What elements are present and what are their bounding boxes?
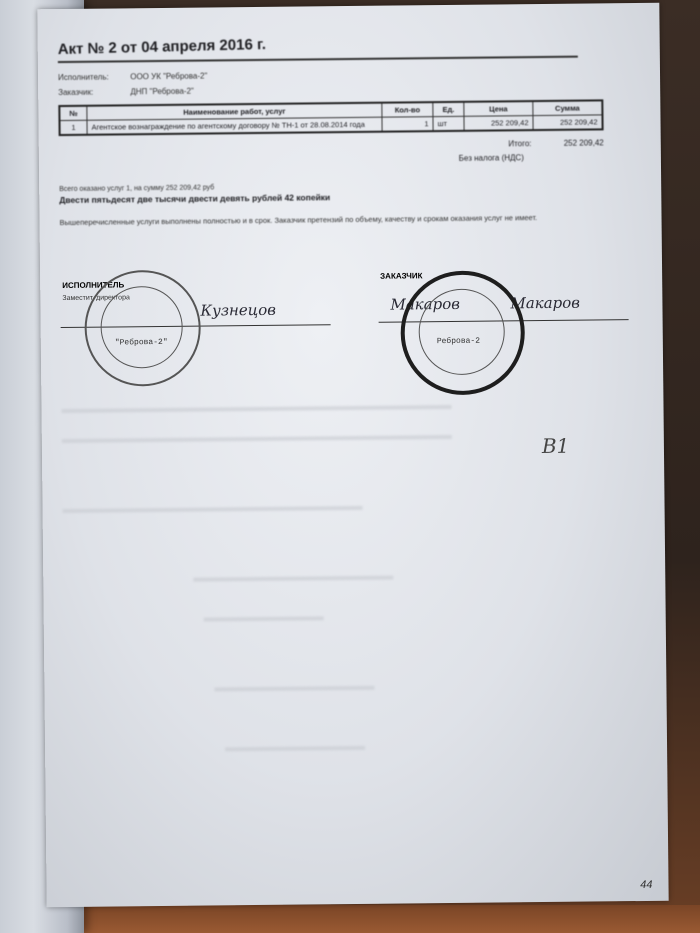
customer-stamp: Реброва-2: [400, 270, 525, 395]
show-through-line: [214, 686, 374, 692]
col-qty: Кол-во: [382, 102, 433, 117]
row-name: Агентское вознаграждение по агентскому д…: [87, 117, 382, 135]
show-through-line: [193, 576, 393, 582]
row-number: 1: [59, 120, 87, 135]
show-through-line: [62, 435, 452, 443]
services-table: № Наименование работ, услуг Кол-во Ед. Ц…: [58, 99, 603, 136]
handwritten-mark: В1: [542, 434, 570, 458]
customer-signature-2: Макаров: [510, 294, 580, 313]
row-qty: 1: [382, 117, 433, 132]
customer-stamp-inner-ring: [418, 288, 505, 375]
desk-edge: [0, 905, 700, 933]
executor-value: ООО УК "Реброва-2": [130, 72, 207, 82]
customer-heading: ЗАКАЗЧИК: [380, 271, 423, 280]
row-unit: шт: [433, 116, 464, 131]
col-sum: Сумма: [533, 100, 603, 115]
col-unit: Ед.: [433, 102, 464, 117]
customer-value: ДНП "Реброва-2": [130, 87, 193, 97]
col-price: Цена: [464, 101, 533, 116]
show-through-line: [63, 506, 363, 513]
total-label: Итого:: [508, 139, 531, 148]
show-through-line: [62, 405, 452, 413]
row-price: 252 209,42: [464, 116, 533, 131]
executor-stamp-text: "Реброва-2": [115, 338, 168, 348]
show-through-line: [225, 746, 365, 751]
totals-block: Итого: 252 209,42 Без налога (НДС): [59, 136, 604, 170]
document-content: Акт № 2 от 04 апреля 2016 г. Исполнитель…: [58, 23, 620, 228]
executor-label: Исполнитель:: [58, 72, 128, 82]
executor-stamp-inner-ring: [100, 286, 183, 369]
customer-line: Заказчик: ДНП "Реброва-2": [58, 82, 618, 97]
show-through-line: [204, 616, 324, 621]
customer-label: Заказчик:: [58, 87, 128, 97]
executor-signature: Кузнецов: [200, 301, 276, 320]
total-value: 252 209,42: [534, 136, 604, 151]
row-sum: 252 209,42: [533, 115, 603, 130]
document-title: Акт № 2 от 04 апреля 2016 г.: [58, 27, 618, 58]
title-underline: [58, 56, 578, 63]
document-page: Акт № 2 от 04 апреля 2016 г. Исполнитель…: [37, 3, 668, 907]
col-number: №: [59, 106, 87, 121]
customer-stamp-text: Реброва-2: [437, 337, 480, 346]
executor-line: Исполнитель: ООО УК "Реброва-2": [58, 67, 618, 82]
page-number: 44: [640, 879, 652, 891]
executor-stamp: "Реброва-2": [84, 270, 201, 387]
acceptance-note: Вышеперечисленные услуги выполнены полно…: [59, 211, 614, 228]
